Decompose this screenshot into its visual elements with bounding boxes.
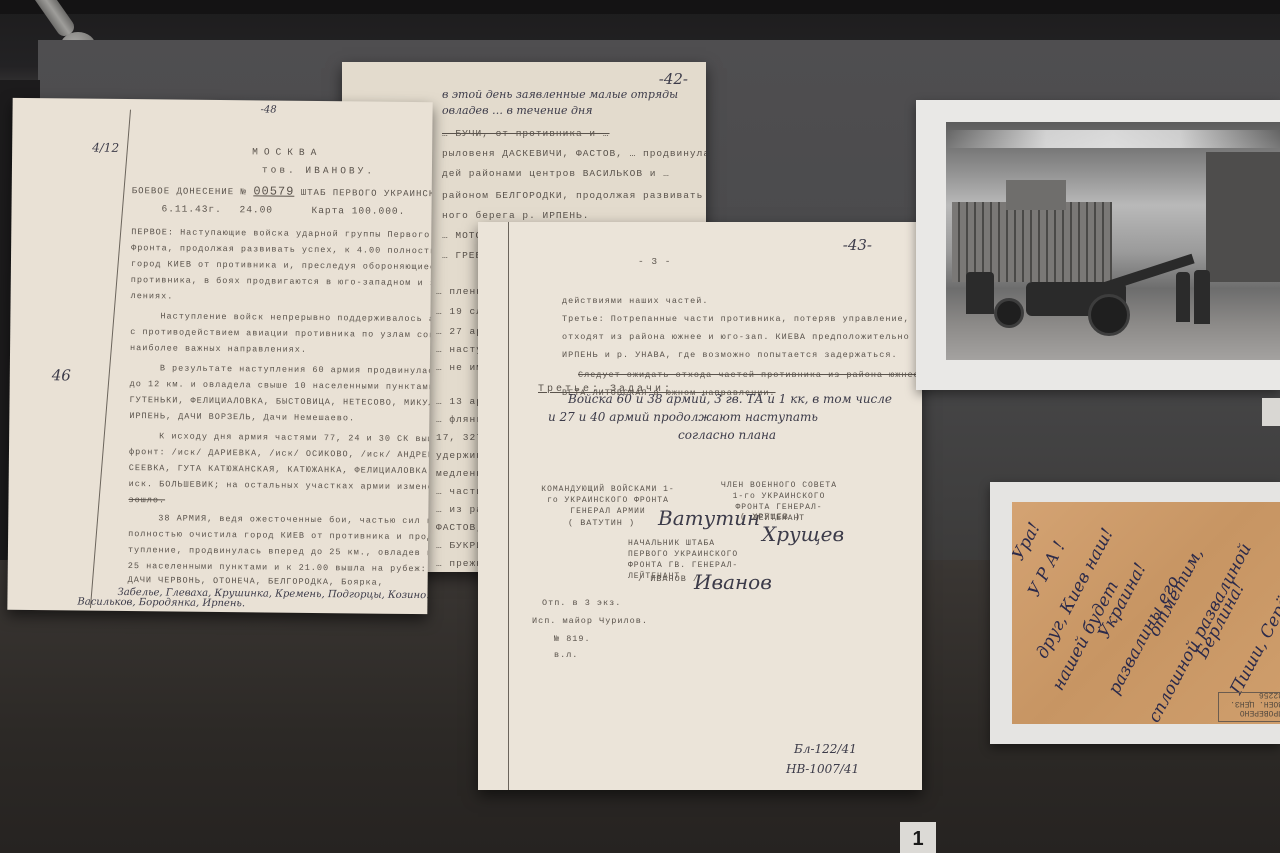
margin-note: 4/12	[92, 141, 119, 155]
signature-khrushchev: Хрущев	[762, 522, 844, 546]
typed-line: город КИЕВ от противника и, преследуя об…	[131, 259, 433, 273]
typed-line: 25 населенными пунктами и к 21.00 вышла …	[128, 561, 427, 574]
typed-line: В результате наступления 60 армия продви…	[160, 363, 433, 376]
typed-line: ИРПЕНЬ, ДАЧИ ВОРЗЕЛЬ, Дачи Немешаево.	[129, 411, 355, 423]
photograph-artillery-in-city	[946, 122, 1280, 360]
typed-line: Наступление войск непрерывно поддерживал…	[160, 311, 432, 324]
handwritten-line: в этой день заявленные малые отряды	[442, 88, 678, 101]
typed-line: тупление, продвинулась вперед до 25 км.,…	[128, 545, 433, 559]
footer-line: в.л.	[554, 650, 578, 660]
typed-line: наиболее важных направлениях.	[130, 343, 307, 355]
header-addressee: тов. ИВАНОВУ.	[262, 164, 375, 176]
typed-line: действиями наших частей.	[562, 296, 708, 306]
handwritten-task: и 27 и 40 армий продолжают наступать	[548, 410, 818, 424]
typed-line: до 12 км. и овладела свыше 10 населенным…	[130, 379, 433, 393]
typed-line: … БУЧИ, от противника и …	[442, 128, 610, 139]
photo-glare	[946, 130, 1280, 148]
side-number: 46	[52, 366, 71, 384]
display-case-edge	[0, 0, 1280, 14]
page-mark: -43-	[843, 236, 872, 254]
typed-line: иск. БОЛЬШЕВИК; на остальных участках ар…	[129, 479, 433, 493]
page-mark: -42-	[659, 70, 688, 88]
typed-line: Фронта, продолжая развивать успех, к 4.0…	[131, 243, 433, 257]
handwritten-task: Войска 60 и 38 армий, 3 гв. ТА и 1 кк, в…	[568, 392, 892, 406]
header-time: 24.00	[239, 204, 273, 215]
censor-stamp: ПРОВЕРЕНО ВОЕН. ЦЕНЗ. 32256	[1218, 692, 1280, 722]
typed-line: дей районами центров ВАСИЛЬКОВ и …	[442, 168, 670, 179]
document-combat-report: -48 4/12 46 МОСКВА тов. ИВАНОВУ. БОЕВОЕ …	[7, 98, 432, 614]
footer-line: Исп. майор Чурилов.	[532, 616, 648, 626]
header-date: 6.11.43г.	[161, 203, 221, 215]
typed-line: Следует ожидать отхода частей противника…	[578, 370, 920, 380]
typed-line: отходят из района южнее и юго-зап. КИЕВА…	[562, 332, 922, 342]
typed-line: ИРПЕНЬ и р. УНАВА, где возможно попытает…	[562, 350, 898, 360]
typed-line: 38 АРМИЯ, ведя ожесточенные бои, частью …	[158, 513, 432, 527]
margin-rule	[90, 110, 131, 608]
small-label-card	[1262, 398, 1280, 426]
typed-line: районом БЕЛГОРОДКИ, продолжая развивать …	[442, 190, 706, 201]
page-number: - 3 -	[638, 256, 672, 267]
typed-line: с противодействием авиации противника по…	[130, 327, 432, 342]
typed-line: противника, в боях продвигаются в юго-за…	[131, 275, 433, 289]
page-mark: -48	[261, 104, 277, 115]
letter-line: Ура!	[1012, 519, 1045, 564]
title-prefix: БОЕВОЕ ДОНЕСЕНИЕ №	[132, 186, 247, 197]
exhibit-number-card: 1	[900, 822, 936, 853]
soldier	[1176, 272, 1190, 322]
typed-line: ПЕРВОЕ: Наступающие войска ударной групп…	[131, 227, 432, 241]
handwritten-line: Васильков, Бородянка, Ирпень.	[77, 597, 245, 610]
typed-line: ГУТЕНЬКИ, ФЕЛИЦИАЛОВКА, БЫСТОВИЦА, НЕТЕС…	[129, 395, 432, 409]
title-suffix: ШТАБ ПЕРВОГО УКРАИНСКОГО ФРОНТА	[301, 188, 433, 200]
photograph-mount	[916, 100, 1280, 390]
typed-line: ного берега р. ИРПЕНЬ.	[442, 210, 589, 221]
building-dome	[1006, 180, 1066, 210]
limber-wheel	[994, 298, 1024, 328]
signature-name-ivanov: / ИВАНОВ /	[638, 574, 699, 584]
soldier	[1194, 270, 1210, 324]
header-to: МОСКВА	[252, 146, 322, 158]
ruined-building	[1206, 152, 1280, 282]
handwritten-task: согласно плана	[678, 428, 776, 442]
typed-line: фронт: /иск/ ДАРИЕВКА, /иск/ ОСИКОВО, /и…	[129, 447, 433, 461]
gun-wheel	[1088, 294, 1130, 336]
typed-line: СЕЕВКА, ГУТА КАТЮЖАНСКАЯ, КАТЮЖАНКА, ФЕЛ…	[129, 463, 433, 477]
report-number: 00579	[253, 184, 294, 198]
handwritten-line: овладев … в течение дня	[442, 104, 593, 117]
typed-line: зошло.	[128, 495, 165, 505]
typed-line: К исходу дня армия частями 77, 24 и 30 С…	[159, 431, 433, 444]
letter-mount: Ура! У Р А ! друг, Киев наш! нашей будет…	[990, 482, 1280, 744]
header-title: БОЕВОЕ ДОНЕСЕНИЕ № 00579 ШТАБ ПЕРВОГО УК…	[132, 183, 433, 201]
document-page-43: -43- - 3 - действиями наших частей. Трет…	[478, 222, 922, 790]
archive-mark: Бл-122/41	[794, 742, 857, 756]
typed-line: рыловеня ДАСКЕВИЧИ, ФАСТОВ, … продвинула…	[442, 148, 706, 159]
footer-line: № 819.	[554, 634, 591, 644]
archive-mark: НВ-1007/41	[786, 762, 859, 776]
typed-line: Третье: Потрепанные части противника, по…	[562, 314, 910, 324]
signature-title-vatutin: КОМАНДУЮЩИЙ ВОЙСКАМИ 1-го УКРАИНСКОГО ФР…	[538, 484, 678, 517]
signature-name-vatutin: ( ВАТУТИН )	[568, 518, 635, 528]
typed-line: лениях.	[131, 291, 174, 301]
handwritten-letter: Ура! У Р А ! друг, Киев наш! нашей будет…	[1012, 502, 1280, 724]
typed-line: ДАЧИ ЧЕРВОНЬ, ОТОНЕЧА, БЕЛГОРОДКА, Боярк…	[128, 575, 384, 588]
signature-ivanov: Иванов	[694, 570, 772, 594]
typed-line: полностью очистила город КИЕВ от противн…	[128, 529, 433, 543]
horse	[966, 272, 994, 314]
signature-name-khrushchev: ( ХРУЩЕВ )	[740, 512, 801, 522]
footer-line: Отп. в 3 экз.	[542, 598, 621, 608]
building	[952, 202, 1112, 282]
margin-rule	[508, 222, 509, 790]
header-map: Карта 100.000.	[311, 205, 405, 217]
